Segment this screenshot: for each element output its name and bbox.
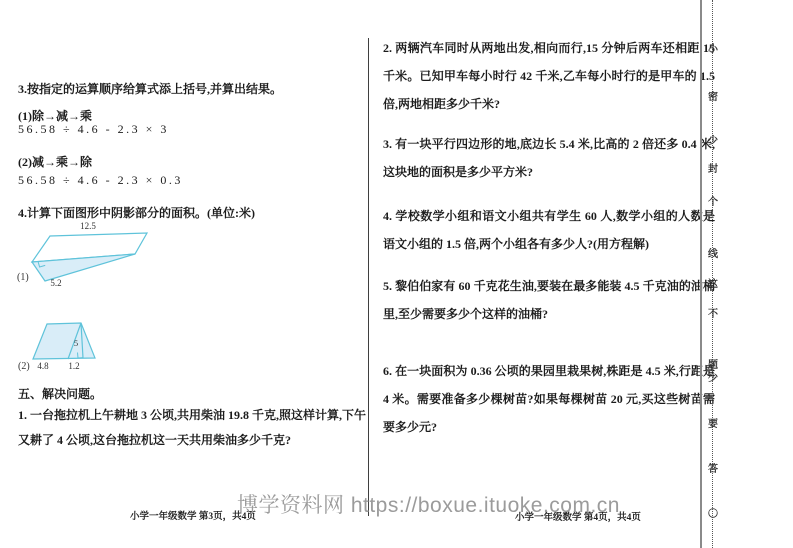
question-4: 4. 学校数学小组和语文小组共有学生 60 人,数学小组的人数是语文小组的 1.… [383, 202, 715, 258]
binding-strip-char: 这 [705, 275, 721, 290]
right-page-edge-line [700, 0, 702, 548]
site-watermark: 博学资料网 https://boxue.ituoke.com.cn [237, 489, 620, 519]
figure-2-left-dim: 4.8 [37, 361, 49, 371]
figure-2-base-dim: 1.2 [68, 361, 79, 371]
question-5: 5. 黎伯伯家有 60 千克花生油,要装在最多能装 4.5 千克油的油桶里,至少… [383, 272, 715, 328]
figure-2-trapezoid: 5 4.8 1.2 (2) [14, 312, 134, 374]
binding-strip-char: 密 [705, 88, 721, 103]
section5-question1: 1. 一台拖拉机上午耕地 3 公顷,共用柴油 19.8 千克,照这样计算,下午又… [18, 403, 366, 453]
binding-strip-char: 少 [705, 369, 721, 384]
binding-strip-char: 〇 [705, 505, 721, 520]
binding-strip-char: 少 [705, 132, 721, 147]
binding-strip-char: 答 [705, 460, 721, 475]
question-6: 6. 在一块面积为 0.36 公顷的果园里栽果树,株距是 4.5 米,行距是 4… [383, 357, 715, 441]
question-3: 3. 有一块平行四边形的地,底边长 5.4 米,比高的 2 倍还多 0.4 米,… [383, 130, 715, 186]
binding-strip-char: 线 [705, 245, 721, 260]
figure-1-shaded-triangle [32, 254, 135, 281]
figure-2-trapezoid-shape [33, 323, 95, 359]
binding-strip-char: 小 [705, 40, 721, 55]
q3-item2-label: (2)减→乘→除 [18, 153, 92, 171]
figure-2-caption: (2) [18, 361, 30, 372]
section5-title: 五、解决问题。 [18, 385, 102, 403]
q3-item1-expression: 56.58 ÷ 4.6 - 2.3 × 3 [18, 122, 169, 137]
binding-strip-char: 封 [705, 160, 721, 175]
q3-title: 3.按指定的运算顺序给算式添上括号,并算出结果。 [18, 80, 282, 98]
q3-item2-expression: 56.58 ÷ 4.6 - 2.3 × 0.3 [18, 173, 183, 188]
figure-1-bottom-dim: 5.2 [50, 278, 61, 288]
question-2: 2. 两辆汽车同时从两地出发,相向而行,15 分钟后两车还相距 15 千米。已知… [383, 34, 715, 118]
binding-strip-char: 个 [705, 193, 721, 208]
center-page-divider-line [368, 38, 369, 516]
figure-1-top-dim: 12.5 [80, 221, 96, 231]
binding-strip-char: 不 [705, 305, 721, 320]
figure-2-height-dim: 5 [74, 338, 78, 348]
binding-strip-char: 要 [705, 415, 721, 430]
figure-1-parallelogram-shaded-triangle: 12.5 5.2 (1) [14, 218, 164, 288]
figure-1-caption: (1) [17, 272, 29, 283]
